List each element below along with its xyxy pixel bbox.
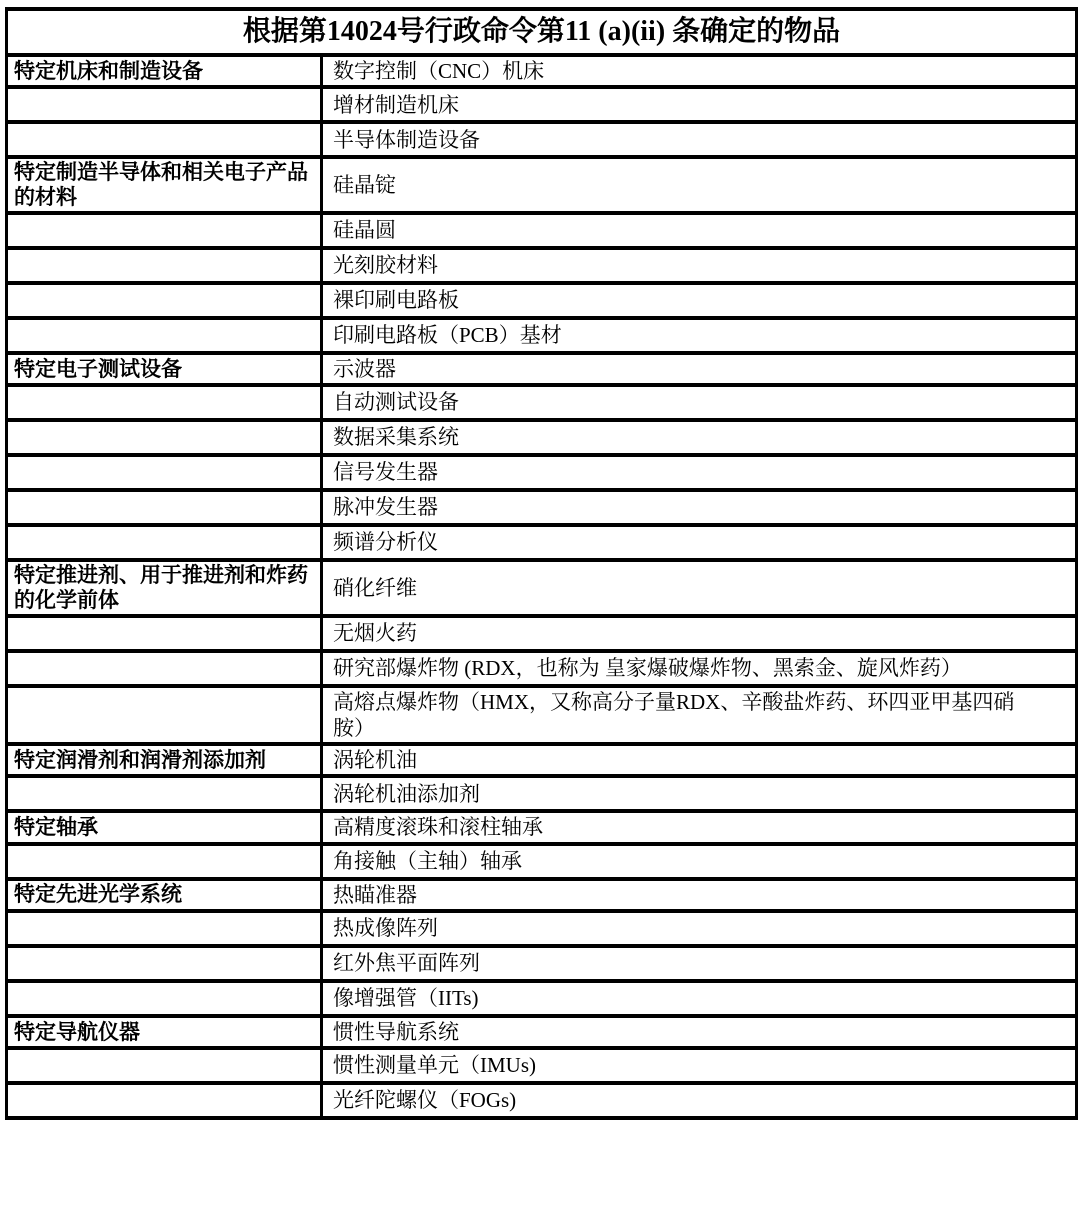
- table-row: 红外焦平面阵列: [7, 946, 1077, 981]
- table-row: 硅晶圆: [7, 213, 1077, 248]
- category-cell: [7, 686, 322, 745]
- item-cell: 惯性导航系统: [322, 1016, 1077, 1048]
- item-cell: 无烟火药: [322, 616, 1077, 651]
- category-cell: [7, 981, 322, 1016]
- item-cell: 硅晶锭: [322, 157, 1077, 213]
- item-cell: 增材制造机床: [322, 87, 1077, 122]
- table-row: 像增强管（IITs): [7, 981, 1077, 1016]
- table-row: 热成像阵列: [7, 911, 1077, 946]
- item-cell: 信号发生器: [322, 455, 1077, 490]
- table-row: 特定轴承高精度滚珠和滚柱轴承: [7, 811, 1077, 843]
- item-cell: 印刷电路板（PCB）基材: [322, 318, 1077, 353]
- category-cell: [7, 525, 322, 560]
- document-page: 根据第14024号行政命令第11 (a)(ii) 条确定的物品 特定机床和制造设…: [0, 0, 1080, 1215]
- item-cell: 硝化纤维: [322, 560, 1077, 616]
- table-row: 频谱分析仪: [7, 525, 1077, 560]
- category-cell: [7, 213, 322, 248]
- item-cell: 硅晶圆: [322, 213, 1077, 248]
- category-cell: 特定润滑剂和润滑剂添加剂: [7, 744, 322, 776]
- item-cell: 研究部爆炸物 (RDX，也称为 皇家爆破爆炸物、黑索金、旋风炸药）: [322, 651, 1077, 686]
- table-row: 数据采集系统: [7, 420, 1077, 455]
- table-row: 光刻胶材料: [7, 248, 1077, 283]
- category-cell: [7, 420, 322, 455]
- table-title: 根据第14024号行政命令第11 (a)(ii) 条确定的物品: [7, 9, 1077, 55]
- table-row: 信号发生器: [7, 455, 1077, 490]
- category-cell: [7, 616, 322, 651]
- category-cell: 特定电子测试设备: [7, 353, 322, 385]
- category-cell: 特定机床和制造设备: [7, 55, 322, 87]
- table-row: 特定导航仪器惯性导航系统: [7, 1016, 1077, 1048]
- table-row: 特定先进光学系统热瞄准器: [7, 879, 1077, 911]
- category-cell: [7, 490, 322, 525]
- category-cell: 特定轴承: [7, 811, 322, 843]
- category-cell: [7, 385, 322, 420]
- category-cell: 特定导航仪器: [7, 1016, 322, 1048]
- category-cell: [7, 911, 322, 946]
- item-cell: 数字控制（CNC）机床: [322, 55, 1077, 87]
- table-row: 特定推进剂、用于推进剂和炸药的化学前体硝化纤维: [7, 560, 1077, 616]
- item-cell: 惯性测量单元（IMUs): [322, 1048, 1077, 1083]
- table-row: 裸印刷电路板: [7, 283, 1077, 318]
- item-cell: 光纤陀螺仪（FOGs): [322, 1083, 1077, 1118]
- table-row: 增材制造机床: [7, 87, 1077, 122]
- item-cell: 光刻胶材料: [322, 248, 1077, 283]
- table-row: 高熔点爆炸物（HMX，又称高分子量RDX、辛酸盐炸药、环四亚甲基四硝胺）: [7, 686, 1077, 745]
- category-cell: [7, 87, 322, 122]
- category-cell: 特定推进剂、用于推进剂和炸药的化学前体: [7, 560, 322, 616]
- item-cell: 涡轮机油添加剂: [322, 776, 1077, 811]
- category-cell: [7, 946, 322, 981]
- table-row: 特定润滑剂和润滑剂添加剂涡轮机油: [7, 744, 1077, 776]
- item-cell: 脉冲发生器: [322, 490, 1077, 525]
- item-cell: 频谱分析仪: [322, 525, 1077, 560]
- item-cell: 热瞄准器: [322, 879, 1077, 911]
- table-row: 惯性测量单元（IMUs): [7, 1048, 1077, 1083]
- item-cell: 示波器: [322, 353, 1077, 385]
- item-cell: 裸印刷电路板: [322, 283, 1077, 318]
- category-cell: [7, 455, 322, 490]
- category-cell: [7, 1048, 322, 1083]
- table-row: 角接触（主轴）轴承: [7, 844, 1077, 879]
- item-cell: 高精度滚珠和滚柱轴承: [322, 811, 1077, 843]
- category-cell: 特定先进光学系统: [7, 879, 322, 911]
- table-row: 印刷电路板（PCB）基材: [7, 318, 1077, 353]
- item-cell: 自动测试设备: [322, 385, 1077, 420]
- item-cell: 像增强管（IITs): [322, 981, 1077, 1016]
- table-row: 脉冲发生器: [7, 490, 1077, 525]
- item-cell: 角接触（主轴）轴承: [322, 844, 1077, 879]
- table-row: 光纤陀螺仪（FOGs): [7, 1083, 1077, 1118]
- category-cell: [7, 651, 322, 686]
- category-cell: [7, 248, 322, 283]
- table-row: 研究部爆炸物 (RDX，也称为 皇家爆破爆炸物、黑索金、旋风炸药）: [7, 651, 1077, 686]
- category-cell: [7, 776, 322, 811]
- items-table: 根据第14024号行政命令第11 (a)(ii) 条确定的物品 特定机床和制造设…: [5, 7, 1078, 1120]
- category-cell: [7, 1083, 322, 1118]
- category-cell: 特定制造半导体和相关电子产品的材料: [7, 157, 322, 213]
- table-row: 特定电子测试设备示波器: [7, 353, 1077, 385]
- category-cell: [7, 283, 322, 318]
- category-cell: [7, 318, 322, 353]
- category-cell: [7, 844, 322, 879]
- table-row: 自动测试设备: [7, 385, 1077, 420]
- item-cell: 涡轮机油: [322, 744, 1077, 776]
- item-cell: 半导体制造设备: [322, 122, 1077, 157]
- table-row: 半导体制造设备: [7, 122, 1077, 157]
- table-row: 特定制造半导体和相关电子产品的材料硅晶锭: [7, 157, 1077, 213]
- table-row: 无烟火药: [7, 616, 1077, 651]
- table-row: 特定机床和制造设备数字控制（CNC）机床: [7, 55, 1077, 87]
- category-cell: [7, 122, 322, 157]
- table-title-row: 根据第14024号行政命令第11 (a)(ii) 条确定的物品: [7, 9, 1077, 55]
- item-cell: 热成像阵列: [322, 911, 1077, 946]
- item-cell: 红外焦平面阵列: [322, 946, 1077, 981]
- item-cell: 高熔点爆炸物（HMX，又称高分子量RDX、辛酸盐炸药、环四亚甲基四硝胺）: [322, 686, 1077, 745]
- item-cell: 数据采集系统: [322, 420, 1077, 455]
- table-row: 涡轮机油添加剂: [7, 776, 1077, 811]
